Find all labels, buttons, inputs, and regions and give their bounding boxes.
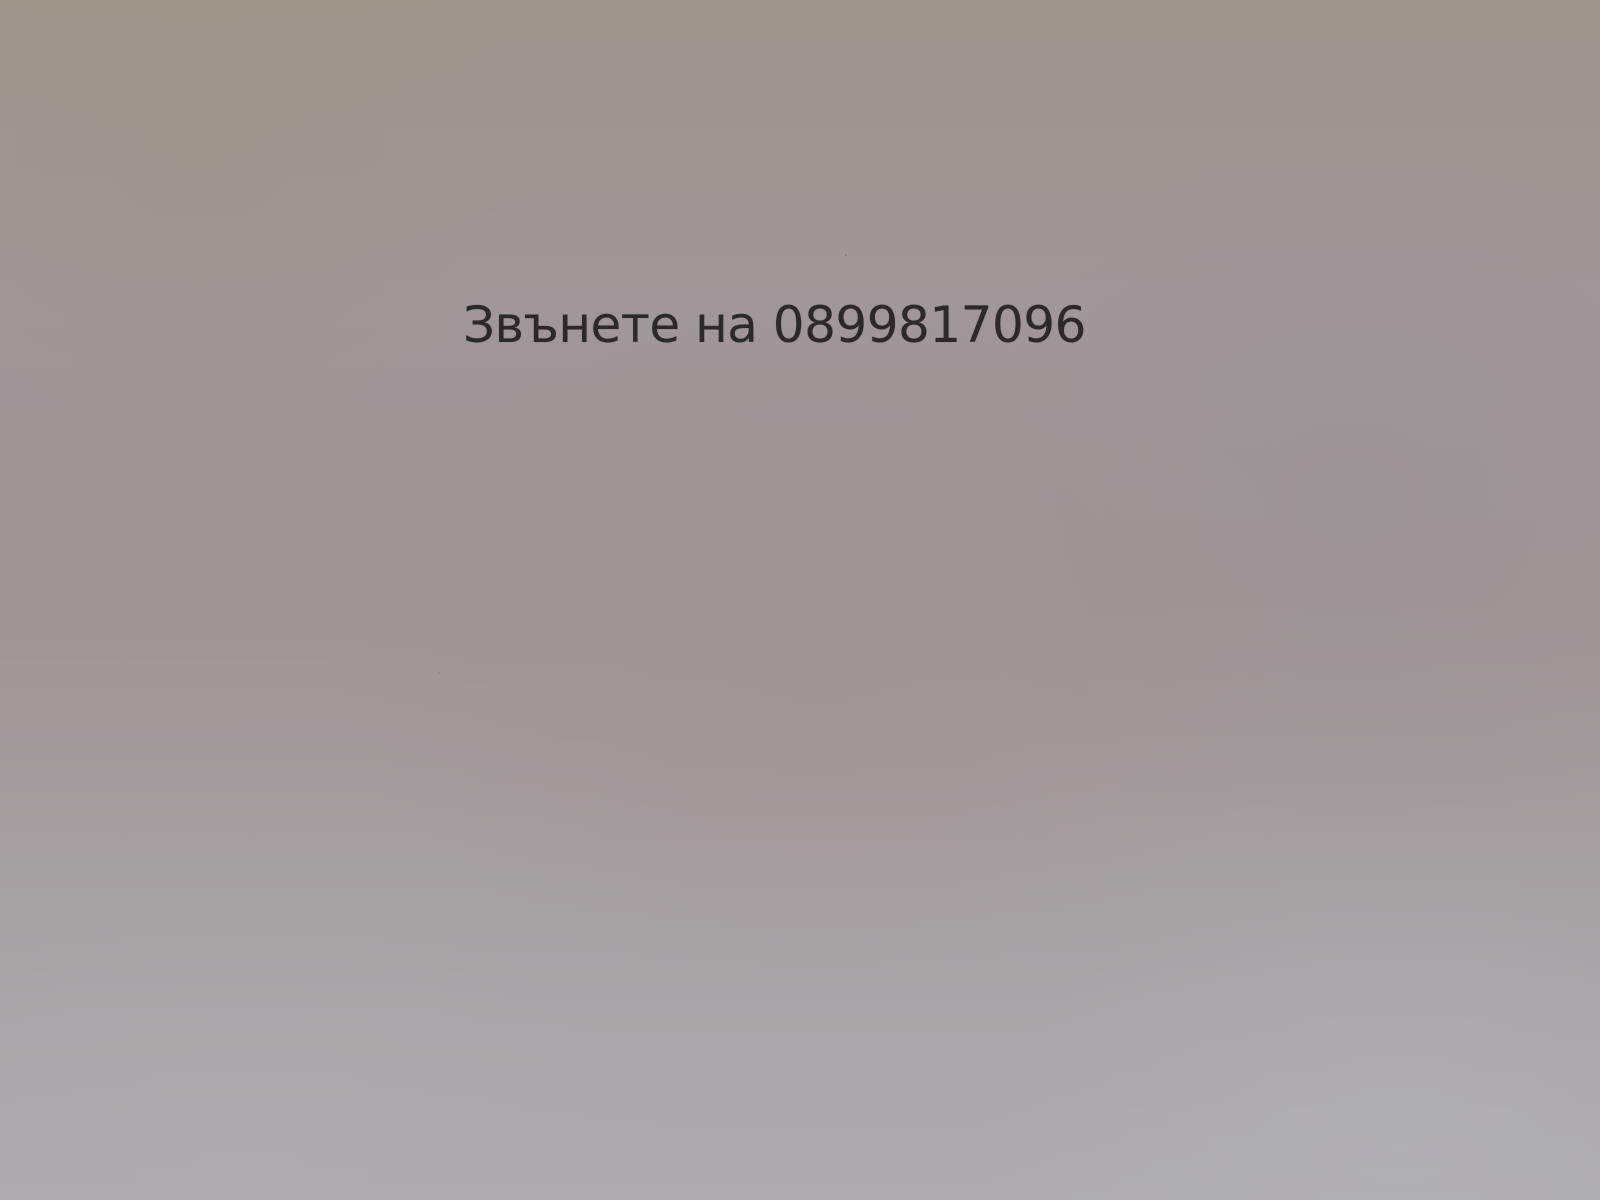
call-notice-text: Звънете на 0899817096 (463, 293, 1086, 357)
paper-sheet: Звънете на 0899817096 (0, 0, 1600, 1200)
paper-speck (438, 672, 440, 674)
paper-speck (845, 254, 847, 256)
